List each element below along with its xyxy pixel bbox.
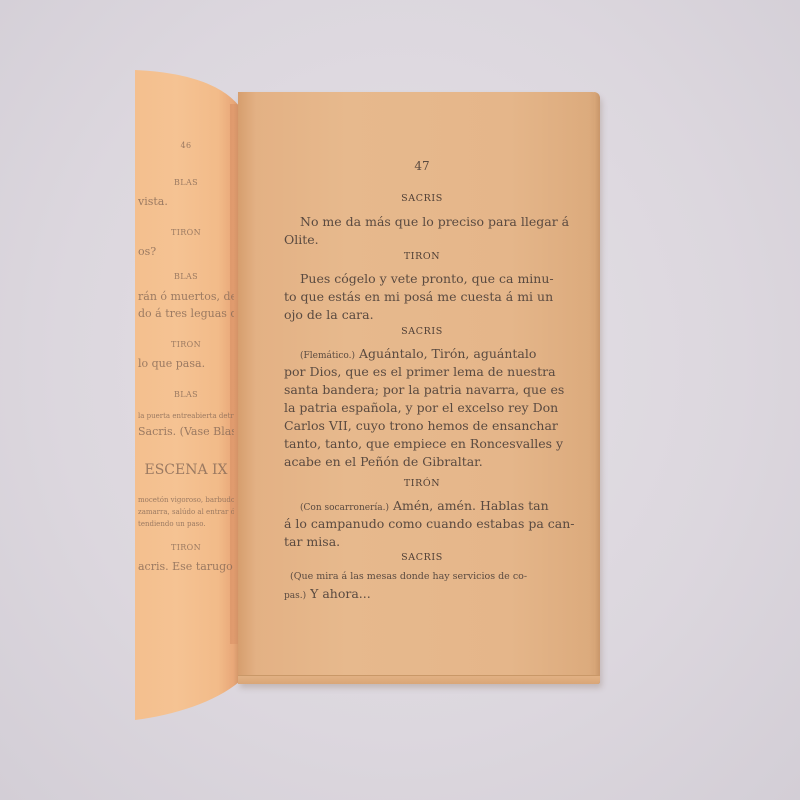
speaker-label: BLAS xyxy=(138,390,234,399)
dialogue-line: Carlos VII, cuyo trono hemos de ensancha… xyxy=(284,417,560,435)
dialogue-line: acabe en el Peñón de Gibraltar. xyxy=(284,453,560,471)
dialogue-line: á lo campanudo como cuando estabas pa ca… xyxy=(284,515,560,533)
speaker-label: SACRIS xyxy=(284,552,560,563)
page-number: 46 xyxy=(138,141,234,150)
speaker-label: TIRÓN xyxy=(138,228,234,237)
dialogue-line: pas.) Y ahora... xyxy=(284,585,560,605)
dialogue-line: No me da más que lo preciso para llegar … xyxy=(300,213,576,231)
stage-direction: pas.) xyxy=(284,591,306,601)
dialogue-line: lo que pasa. xyxy=(138,357,234,370)
dialogue-line: por Dios, que es el primer lema de nuest… xyxy=(284,363,560,381)
dialogue-text: Aguántalo, Tirón, aguántalo xyxy=(359,346,536,361)
stage-direction: zamarra, salúdo al entrar ó insignia en xyxy=(138,506,234,518)
speaker-label: TIRÓN xyxy=(138,543,234,552)
speaker-label: SACRIS xyxy=(284,193,560,204)
dialogue-text: Y ahora... xyxy=(310,586,371,601)
dialogue-line: Sacris. (Vase Blas.) xyxy=(138,425,234,438)
page-edge xyxy=(594,92,600,684)
scene-heading: ESCENA IX xyxy=(138,462,234,478)
left-page-number: 46 xyxy=(138,141,234,150)
dialogue-line: vista. xyxy=(138,195,234,208)
dialogue-line: rán ó muertos, de una tribu xyxy=(138,290,234,303)
speaker-label: SACRIS xyxy=(284,326,560,337)
dialogue-text: Amén, amén. Hablas tan xyxy=(393,498,549,513)
dialogue-line: (Con socarronería.) Amén, amén. Hablas t… xyxy=(300,497,576,517)
speaker-label: TIRON xyxy=(284,251,560,262)
dialogue-line: santa bandera; por la patria navarra, qu… xyxy=(284,381,560,399)
dialogue-line: Pues cógelo y vete pronto, que ca minu- xyxy=(300,270,576,288)
stage-direction: tendiendo un paso. xyxy=(138,518,234,530)
dialogue-line: ojo de la cara. xyxy=(284,306,560,324)
dialogue-line: to que estás en mi posá me cuesta á mi u… xyxy=(284,288,560,306)
stage-direction: la puerta entreabierta detrás.) xyxy=(138,410,234,422)
dialogue-line: la patria española, y por el excelso rey… xyxy=(284,399,560,417)
dialogue-line: os? xyxy=(138,245,234,258)
dialogue-line: acris. Ese tarugo del abuelo xyxy=(138,560,234,573)
stage-direction: (Flemático.) xyxy=(300,351,355,361)
dialogue-line: Olite. xyxy=(284,231,560,249)
dialogue-line: (Flemático.) Aguántalo, Tirón, aguántalo xyxy=(300,345,576,365)
stage-direction: (Que mira á las mesas donde hay servicio… xyxy=(290,568,566,586)
dialogue-line: tar misa. xyxy=(284,533,560,551)
stage-direction: (Con socarronería.) xyxy=(300,503,389,513)
dialogue-line: tanto, tanto, que empiece en Roncesvalle… xyxy=(284,435,560,453)
speaker-label: TIRÓN xyxy=(138,340,234,349)
dialogue-line: do á tres leguas de aquí. xyxy=(138,307,234,320)
speaker-label: TIRÓN xyxy=(284,478,560,489)
page-number: 47 xyxy=(284,159,560,173)
speaker-label: BLAS xyxy=(138,178,234,187)
speaker-label: BLAS xyxy=(138,272,234,281)
stage-direction: mocetón vigoroso, barbudo boina blanca xyxy=(138,494,234,506)
